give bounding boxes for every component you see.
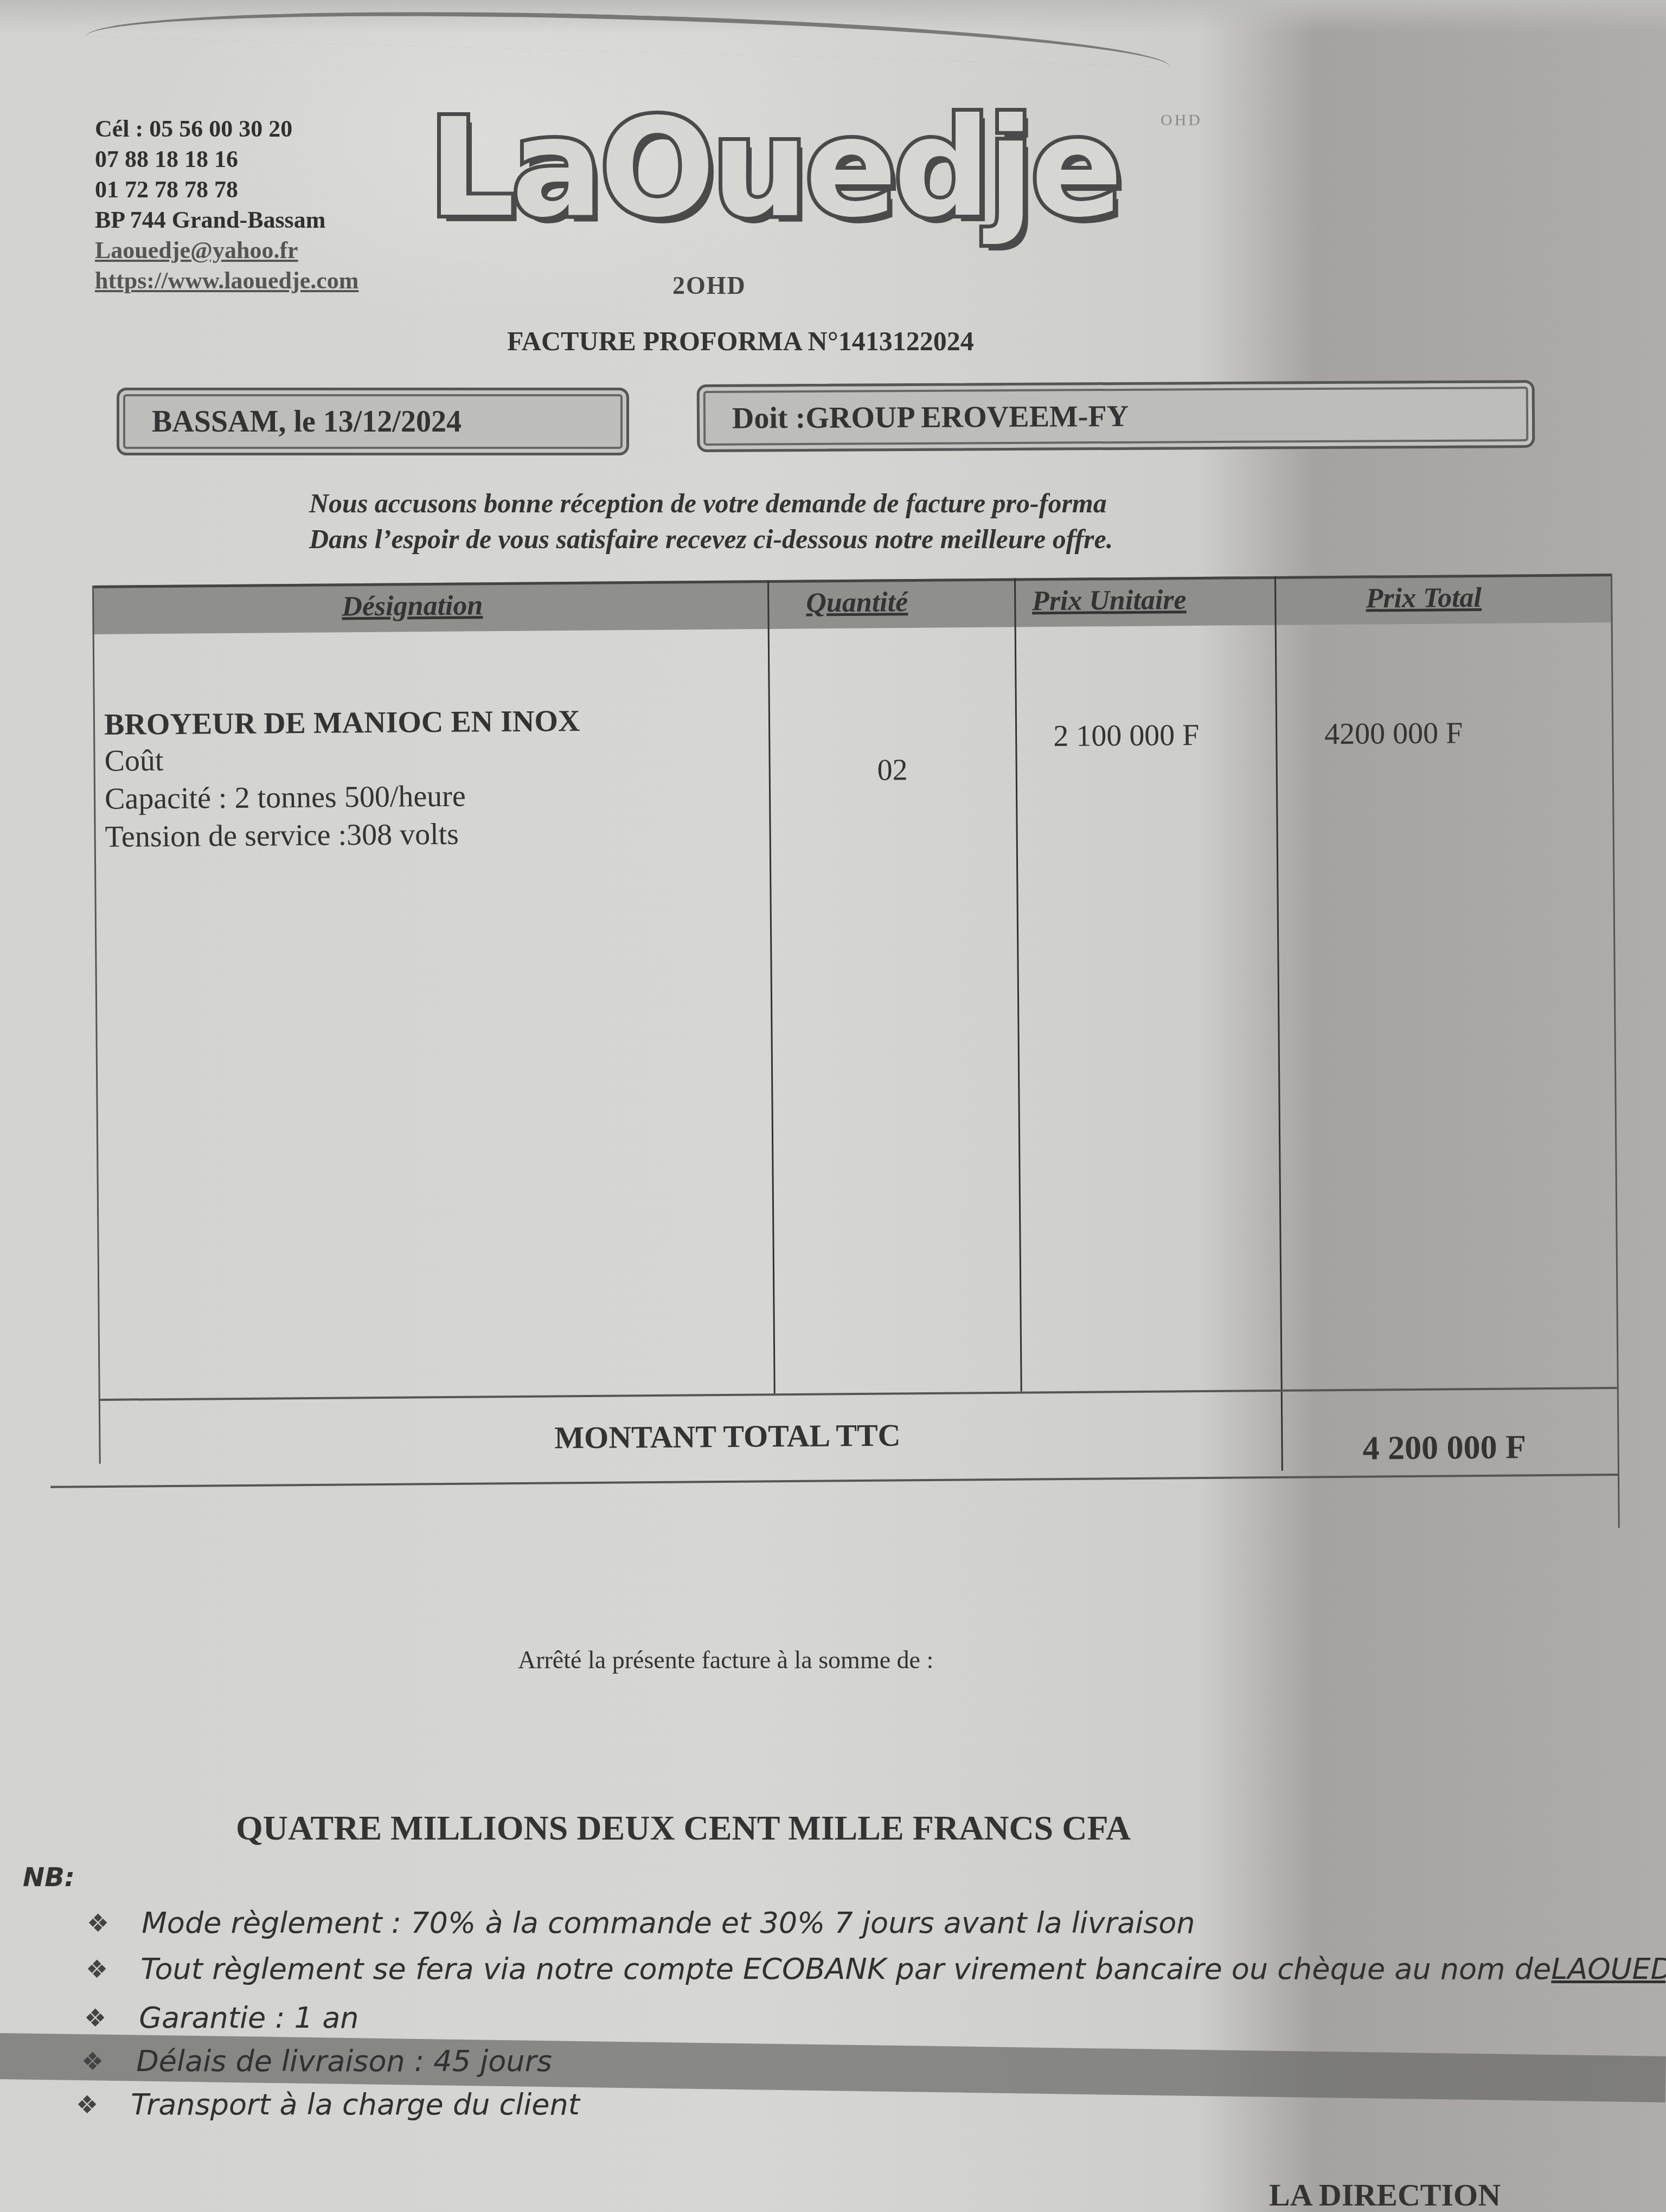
logo-wordmark: LaOuedje	[428, 87, 1119, 249]
phone-line-3: 01 72 78 78 78	[95, 175, 358, 205]
logo-text: LaOuedje	[428, 89, 1119, 247]
note-text: Transport à la charge du client	[131, 2087, 580, 2121]
total-value: 4 200 000 F	[1362, 1428, 1526, 1468]
column-divider	[1274, 576, 1283, 1471]
invoice-table: Désignation Quantité Prix Unitaire Prix …	[92, 574, 1618, 1545]
item-detail-capacity: Capacité : 2 tonnes 500/heure	[105, 776, 581, 818]
diamond-bullet-icon: ❖	[84, 2003, 106, 2033]
table-bottom-border	[50, 1474, 1618, 1488]
place-date-box: BASSAM, le 13/12/2024	[117, 388, 629, 455]
note-delivery-time: ❖ Délais de livraison : 45 jours	[81, 2044, 552, 2078]
intro-line-1: Nous accusons bonne réception de votre d…	[309, 485, 1113, 521]
note-warranty: ❖ Garantie : 1 an	[84, 2001, 358, 2035]
logo-trademark: OHD	[1161, 111, 1202, 130]
header-total-price: Prix Total	[1236, 574, 1611, 622]
quantity-cell: 02	[877, 753, 908, 787]
item-detail-voltage: Tension de service :308 volts	[105, 814, 581, 856]
note-text: Mode règlement : 70% à la commande et 30…	[142, 1906, 1195, 1940]
company-logo: LaOuedje	[428, 108, 1209, 271]
note-text: Tout règlement se fera via notre compte …	[140, 1952, 1551, 1986]
place-date: BASSAM, le 13/12/2024	[152, 404, 462, 439]
item-detail-cost: Coût	[104, 738, 580, 780]
total-price-cell: 4200 000 F	[1324, 716, 1463, 751]
diamond-bullet-icon: ❖	[81, 2047, 104, 2076]
email-link[interactable]: Laouedje@yahoo.fr	[95, 235, 358, 266]
note-payment-terms: ❖ Mode règlement : 70% à la commande et …	[87, 1906, 1195, 1940]
unit-price-cell: 2 100 000 F	[1053, 718, 1200, 754]
diamond-bullet-icon: ❖	[87, 1908, 109, 1938]
table-border-left	[92, 586, 101, 1464]
signature-label: LA DIRECTION	[1269, 2177, 1501, 2212]
notes-label: NB:	[23, 1862, 75, 1893]
amount-in-words: QUATRE MILLIONS DEUX CENT MILLE FRANCS C…	[236, 1808, 1131, 1848]
invoice-page: Cél : 05 56 00 30 20 07 88 18 18 16 01 7…	[0, 0, 1666, 2212]
postal-address: BP 744 Grand-Bassam	[95, 205, 358, 235]
company-contact-block: Cél : 05 56 00 30 20 07 88 18 18 16 01 7…	[95, 114, 358, 296]
designation-cell: BROYEUR DE MANIOC EN INOX Coût Capacité …	[104, 704, 581, 856]
table-border-right	[1611, 574, 1620, 1528]
note-bank-account: ❖ Tout règlement se fera via notre compt…	[86, 1952, 1666, 1986]
amount-statement: Arrêté la présente facture à la somme de…	[518, 1645, 933, 1674]
item-title: BROYEUR DE MANIOC EN INOX	[104, 704, 580, 742]
header-designation: Désignation	[92, 581, 733, 632]
note-text: Délais de livraison : 45 jours	[136, 2044, 552, 2078]
diamond-bullet-icon: ❖	[86, 1954, 108, 1984]
client-name: Doit :GROUP EROVEEM-FY	[732, 398, 1129, 435]
total-label: MONTANT TOTAL TTC	[554, 1417, 901, 1456]
phone-line-1: Cél : 05 56 00 30 20	[95, 114, 358, 144]
invoice-title: FACTURE PROFORMA N°1413122024	[507, 325, 974, 357]
intro-text: Nous accusons bonne réception de votre d…	[309, 485, 1113, 557]
website-link[interactable]: https://www.laouedje.com	[95, 266, 358, 296]
client-box: Doit :GROUP EROVEEM-FY	[697, 380, 1535, 452]
phone-line-2: 07 88 18 18 16	[95, 144, 358, 175]
header-unit-price: Prix Unitaire	[982, 576, 1237, 625]
total-row-divider	[99, 1387, 1617, 1401]
note-transport: ❖ Transport à la charge du client	[76, 2087, 580, 2121]
note-text: Garantie : 1 an	[139, 2001, 358, 2035]
column-divider	[767, 580, 776, 1393]
logo-subtitle: 2OHD	[672, 271, 746, 300]
intro-line-2: Dans l’espoir de vous satisfaire recevez…	[309, 521, 1113, 557]
header-quantity: Quantité	[732, 578, 982, 627]
payee-name: LAOUEDJE2	[1551, 1952, 1666, 1986]
diamond-bullet-icon: ❖	[76, 2090, 98, 2119]
column-divider	[1014, 578, 1022, 1392]
